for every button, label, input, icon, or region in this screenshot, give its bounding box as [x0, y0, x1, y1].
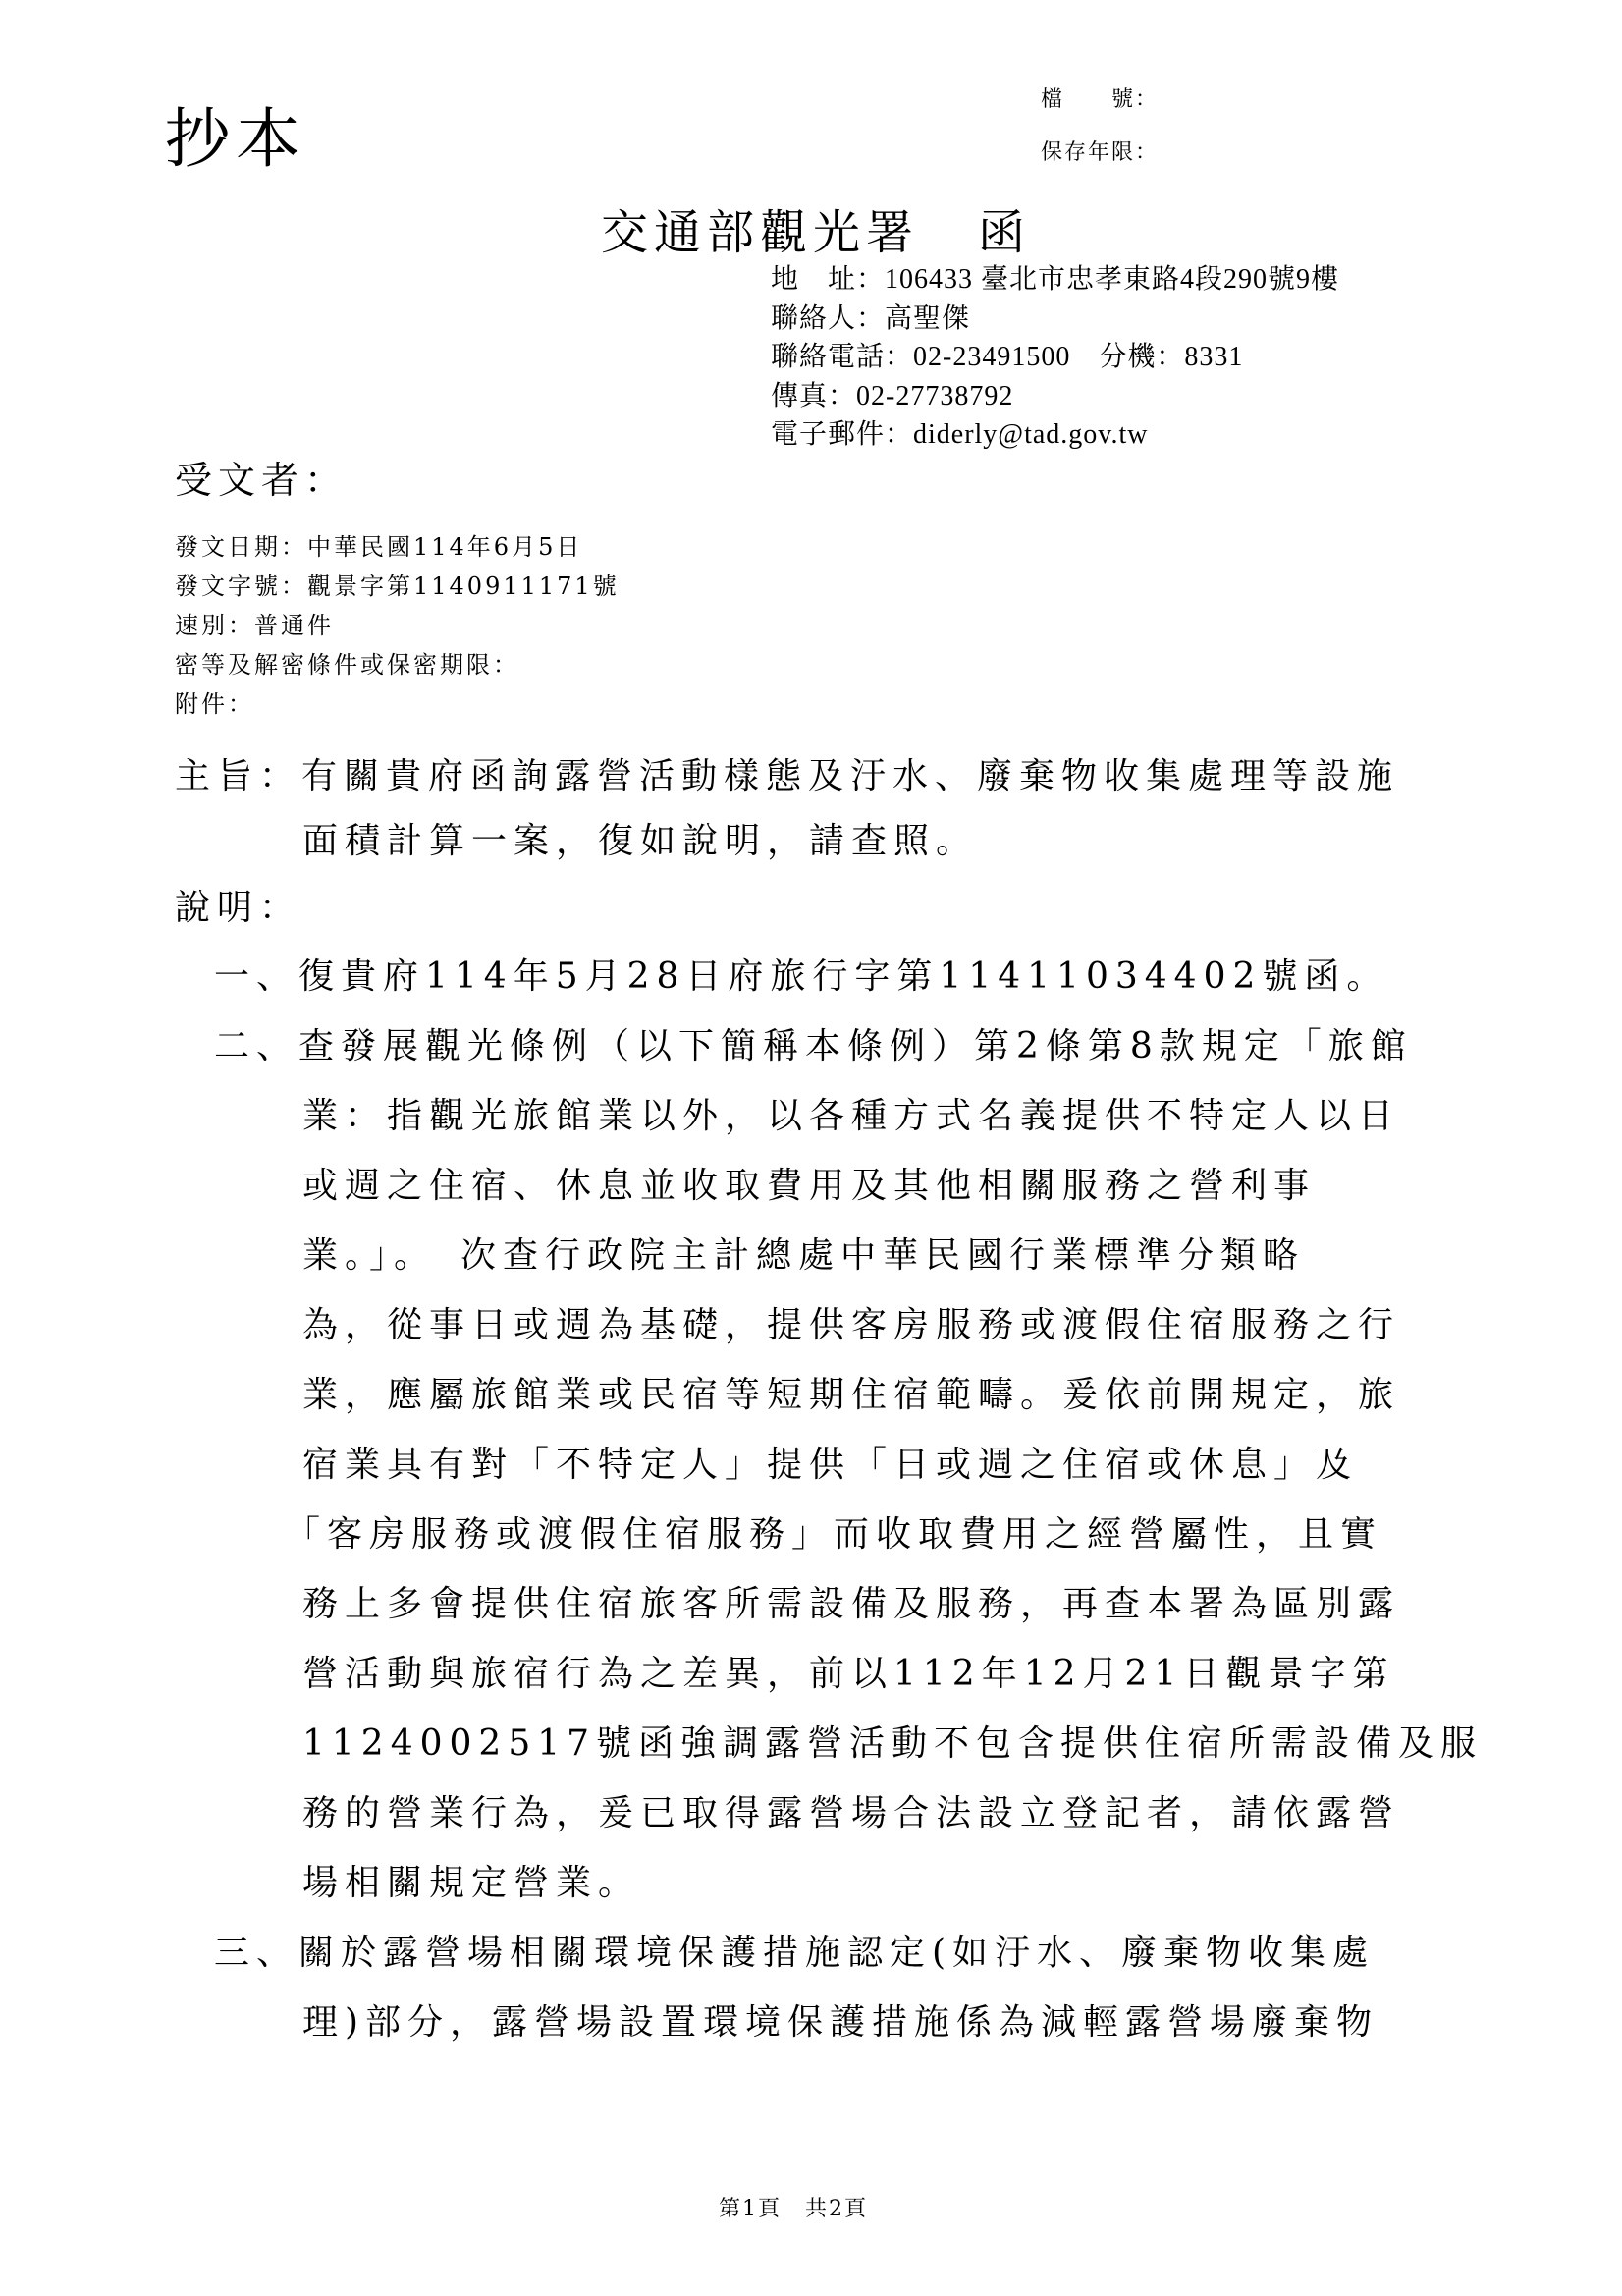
- issue-date: 發文日期：中華民國114年6月5日: [175, 527, 582, 562]
- explanation-line: 理)部分，露營場設置環境保護措施係為減輕露營場廢棄物: [302, 1995, 1379, 2045]
- explanation-line: 1124002517號函強調露營活動不包含提供住宿所需設備及服: [302, 1716, 1483, 1766]
- explanation-line: 或週之住宿、休息並收取費用及其他相關服務之營利事: [302, 1158, 1316, 1208]
- file-number-label: 檔 號：: [1041, 82, 1159, 113]
- copy-mark: 抄本: [165, 86, 306, 180]
- contact-person: 聯絡人：高聖傑: [771, 297, 970, 336]
- subject-line: 主旨：有關貴府函詢露營活動樣態及汙水、廢棄物收集處理等設施: [175, 748, 1399, 798]
- page-number: 第1頁 共2頁: [719, 2192, 868, 2222]
- explanation-line: 「客房服務或渡假住宿服務」而收取費用之經營屬性，且實: [285, 1506, 1382, 1557]
- subject-line: 面積計算一案，復如說明，請查照。: [302, 813, 978, 863]
- contact-address: 地 址：106433 臺北市忠孝東路4段290號9樓: [771, 257, 1339, 297]
- explanation-line: 業。」。 次查行政院主計總處中華民國行業標準分類略: [302, 1228, 1305, 1278]
- contact-fax: 傳真：02-27738792: [771, 374, 1013, 413]
- title-organization: 交通部觀光署: [601, 205, 919, 260]
- explanation-item-1: 一、復貴府114年5月28日府旅行字第11411034402號函。: [214, 949, 1388, 999]
- document-number: 發文字號：觀景字第1140911171號: [175, 567, 620, 601]
- explanation-label: 說明：: [175, 880, 301, 930]
- explanation-line: 業：指觀光旅館業以外，以各種方式名義提供不特定人以日: [302, 1088, 1400, 1138]
- delivery-speed: 速別：普通件: [175, 606, 334, 640]
- explanation-line: 為，從事日或週為基礎，提供客房服務或渡假住宿服務之行: [302, 1297, 1400, 1347]
- secrecy-level: 密等及解密條件或保密期限：: [175, 645, 519, 680]
- explanation-line: 營活動與旅宿行為之差異，前以112年12月21日觀景字第: [302, 1646, 1394, 1696]
- title-doc-type: 函: [978, 205, 1031, 260]
- recipient-label: 受文者：: [175, 450, 348, 504]
- explanation-line: 務上多會提供住宿旅客所需設備及服務，再查本署為區別露: [302, 1576, 1400, 1626]
- contact-email: 電子郵件：diderly@tad.gov.tw: [771, 412, 1149, 452]
- explanation-line: 場相關規定營業。: [302, 1855, 640, 1905]
- explanation-line: 業，應屬旅館業或民宿等短期住宿範疇。爰依前開規定，旅: [302, 1367, 1400, 1417]
- document-title: 交通部觀光署函: [601, 194, 1031, 262]
- attachments-label: 附件：: [175, 684, 254, 719]
- explanation-line: 務的營業行為，爰已取得露營場合法設立登記者，請依露營: [302, 1785, 1400, 1835]
- explanation-item-2: 二、查發展觀光條例（以下簡稱本條例）第2條第8款規定「旅館: [214, 1018, 1413, 1068]
- explanation-item-3: 三、關於露營場相關環境保護措施認定(如汙水、廢棄物收集處: [214, 1925, 1375, 1975]
- explanation-line: 宿業具有對「不特定人」提供「日或週之住宿或休息」及: [302, 1437, 1358, 1487]
- contact-phone: 聯絡電話：02-23491500 分機：8331: [771, 335, 1243, 374]
- retention-period-label: 保存年限：: [1041, 136, 1159, 166]
